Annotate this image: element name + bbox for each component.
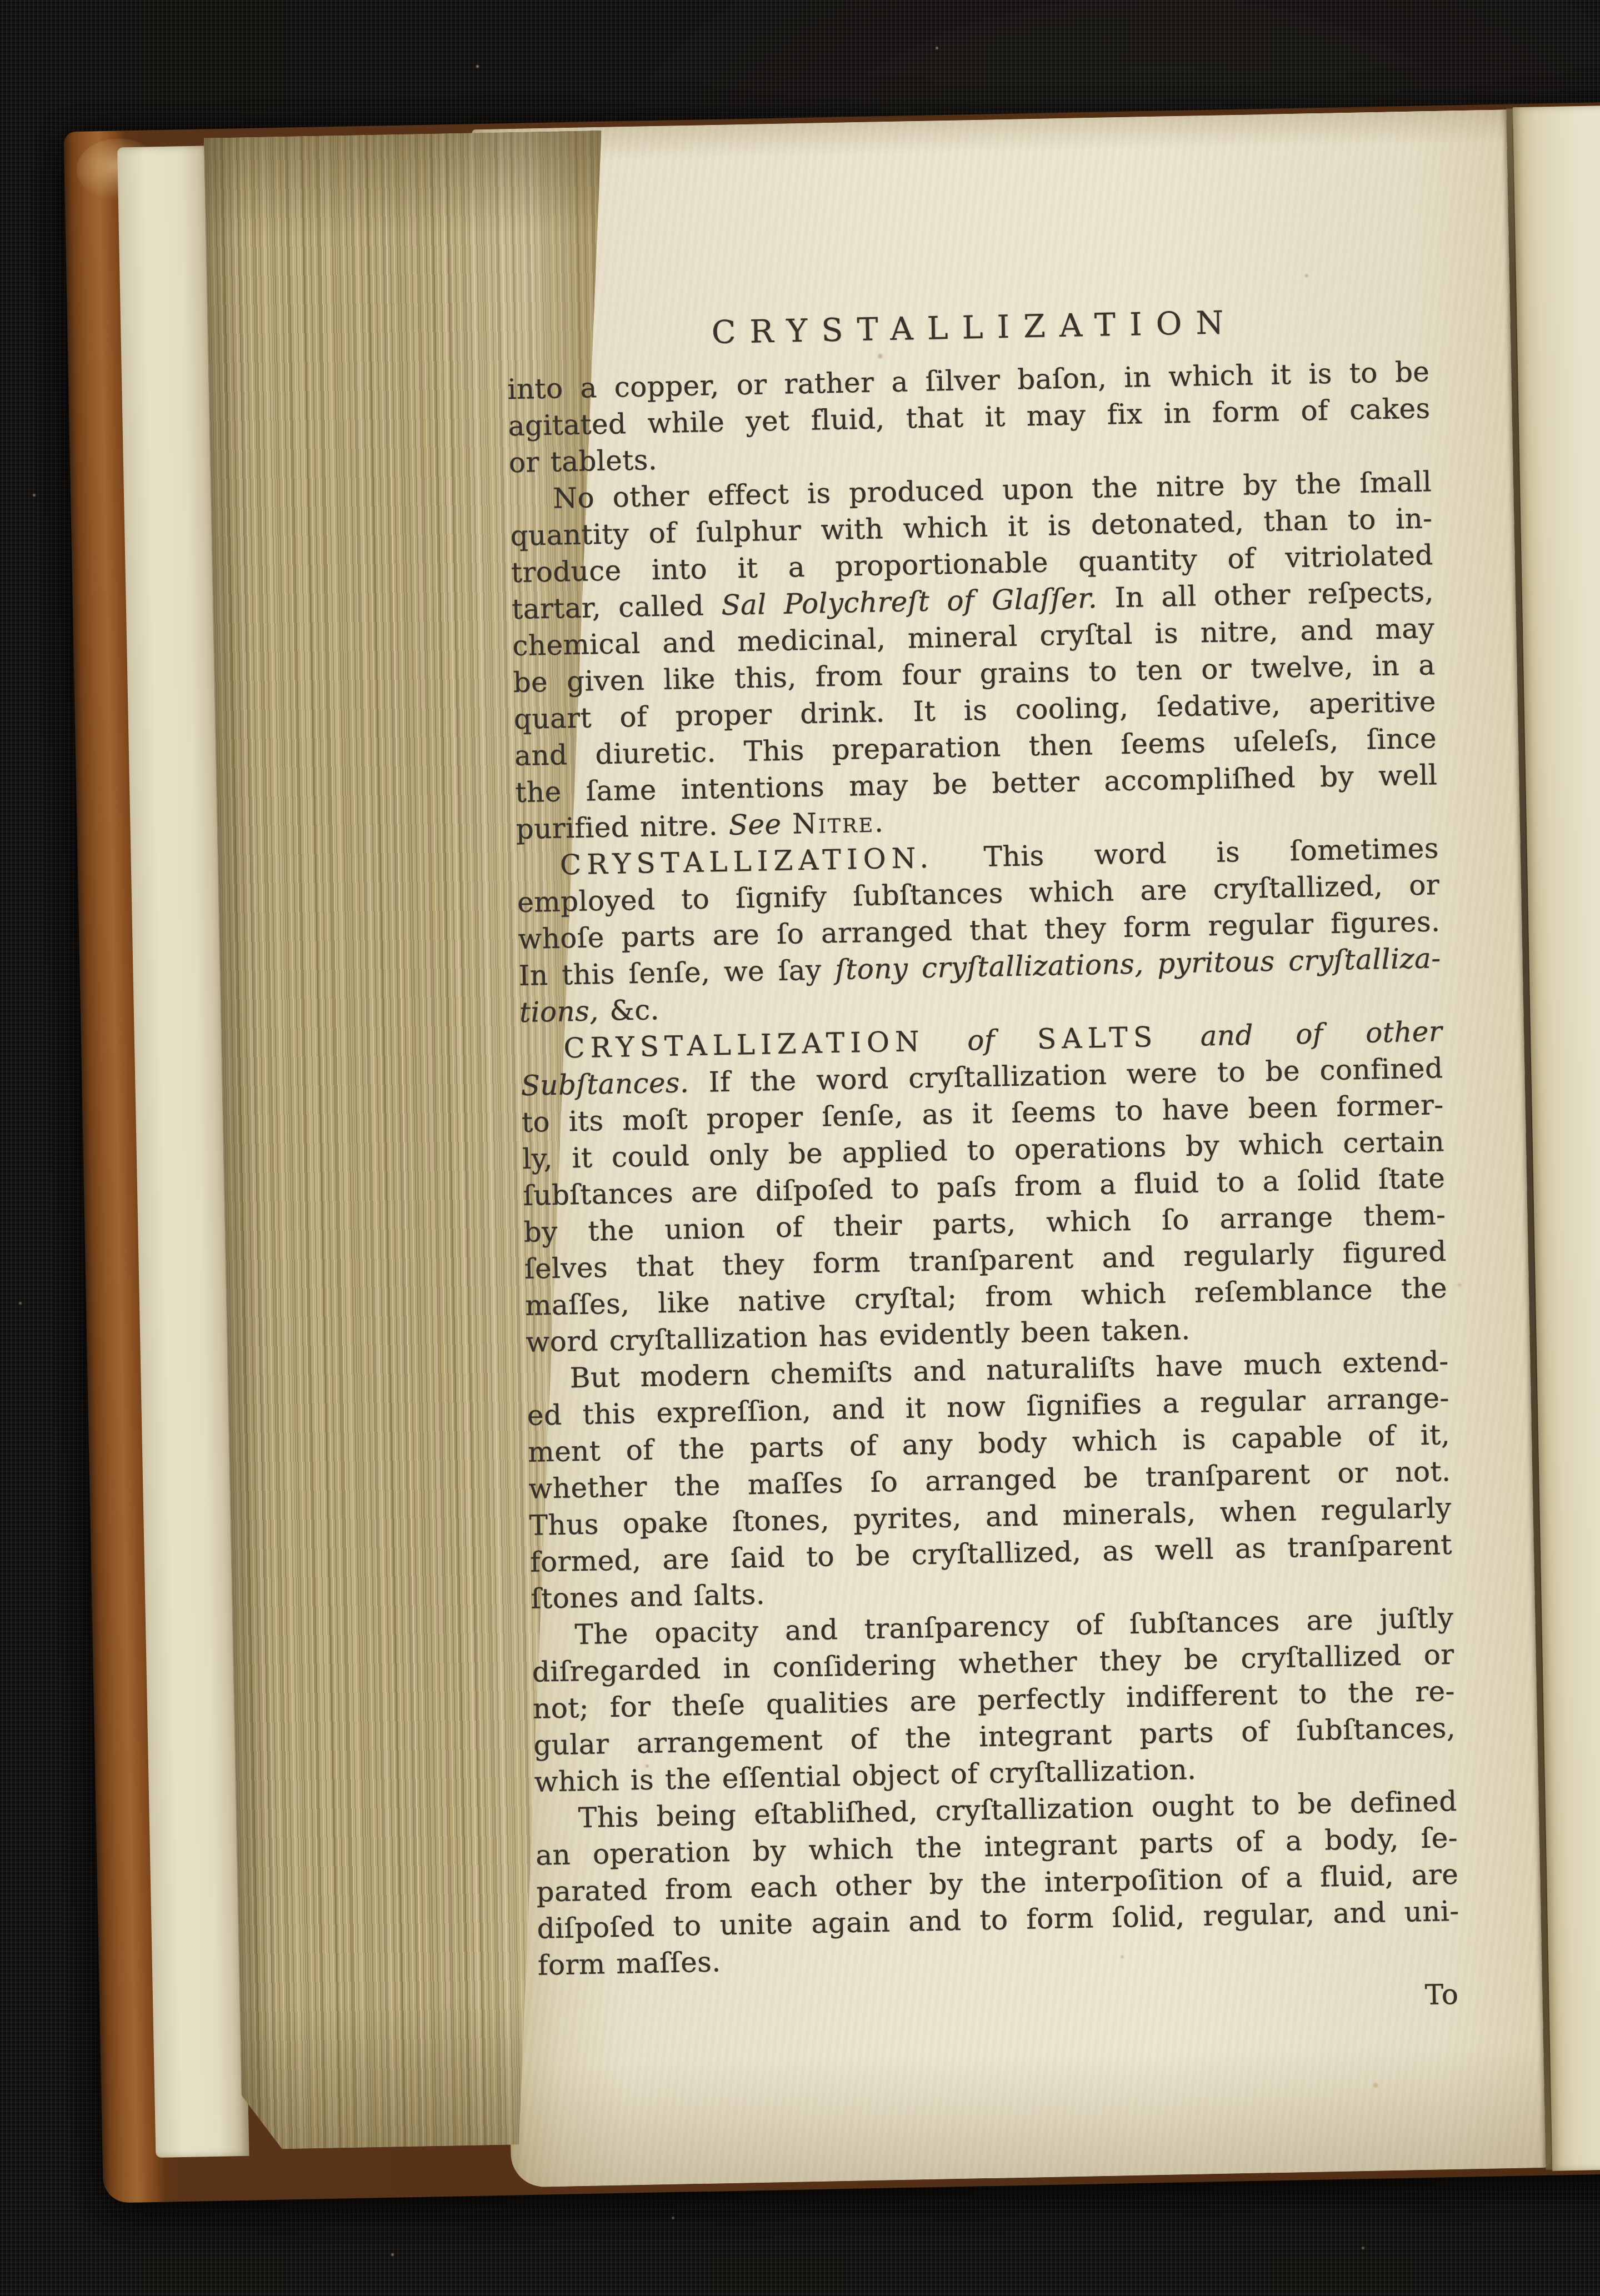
text-segment: Subſtances. [521, 1066, 689, 1102]
text-block: CRYSTALLIZATION into a copper, or rather… [506, 299, 1461, 2030]
text-segment [994, 1023, 1038, 1056]
backdrop-cloth: CRYSTALLIZATION into a copper, or rather… [0, 0, 1600, 2296]
text-segment [781, 808, 793, 840]
text-segment: or tablets. [508, 444, 657, 479]
text-segment: tions, [519, 995, 598, 1029]
text-segment: Sal Polychreſt of Glaſſer. [721, 582, 1098, 621]
paragraph: This being eſtabliſhed, cryſtallization … [534, 1783, 1460, 1984]
paragraph: But modern chemiſts and naturaliſts have… [526, 1343, 1453, 1617]
text-segment: See [728, 808, 782, 841]
text-segment: CRYSTALLIZATION [563, 1025, 925, 1064]
text-segment: of [967, 1024, 996, 1057]
text-segment: Nitre. [792, 806, 886, 840]
paragraphs: into a copper, or rather a ſilver baſon,… [507, 353, 1460, 1983]
paragraph: into a copper, or rather a ſilver baſon,… [507, 353, 1431, 481]
cloth-specks [0, 0, 2, 2]
text-segment: purified nitre. [516, 809, 729, 845]
text-segment: CRYSTALLIZATION. [559, 842, 934, 881]
text-segment: and of other [1200, 1015, 1443, 1052]
text-segment: &c. [598, 994, 659, 1027]
photo-canvas: { "book": { "running_head": "CRYSTALLIZA… [0, 0, 1600, 2296]
book: CRYSTALLIZATION into a copper, or rather… [63, 102, 1600, 2203]
paper-foxing [63, 132, 66, 134]
paragraph: CRYSTALLIZATION of SALTS and of otherSub… [520, 1013, 1448, 1361]
paragraph: The opacity and tranſparency of ſubſtanc… [531, 1600, 1457, 1801]
text-segment: tartar, called [512, 589, 722, 625]
text-segment: In all other reſpects, [1097, 575, 1434, 614]
text-segment [924, 1024, 968, 1057]
text-segment: SALTS [1037, 1021, 1158, 1055]
text-segment: form maſſes. [537, 1946, 721, 1981]
text-segment: ſtones and ſalts. [531, 1578, 766, 1615]
text-segment [1158, 1020, 1201, 1052]
paragraph: No other effect is produced upon the nit… [509, 463, 1438, 848]
paragraph: CRYSTALLIZATION. This word is ſometimese… [516, 830, 1442, 1031]
text-segment: In this ſenſe, we ſay [518, 954, 836, 992]
